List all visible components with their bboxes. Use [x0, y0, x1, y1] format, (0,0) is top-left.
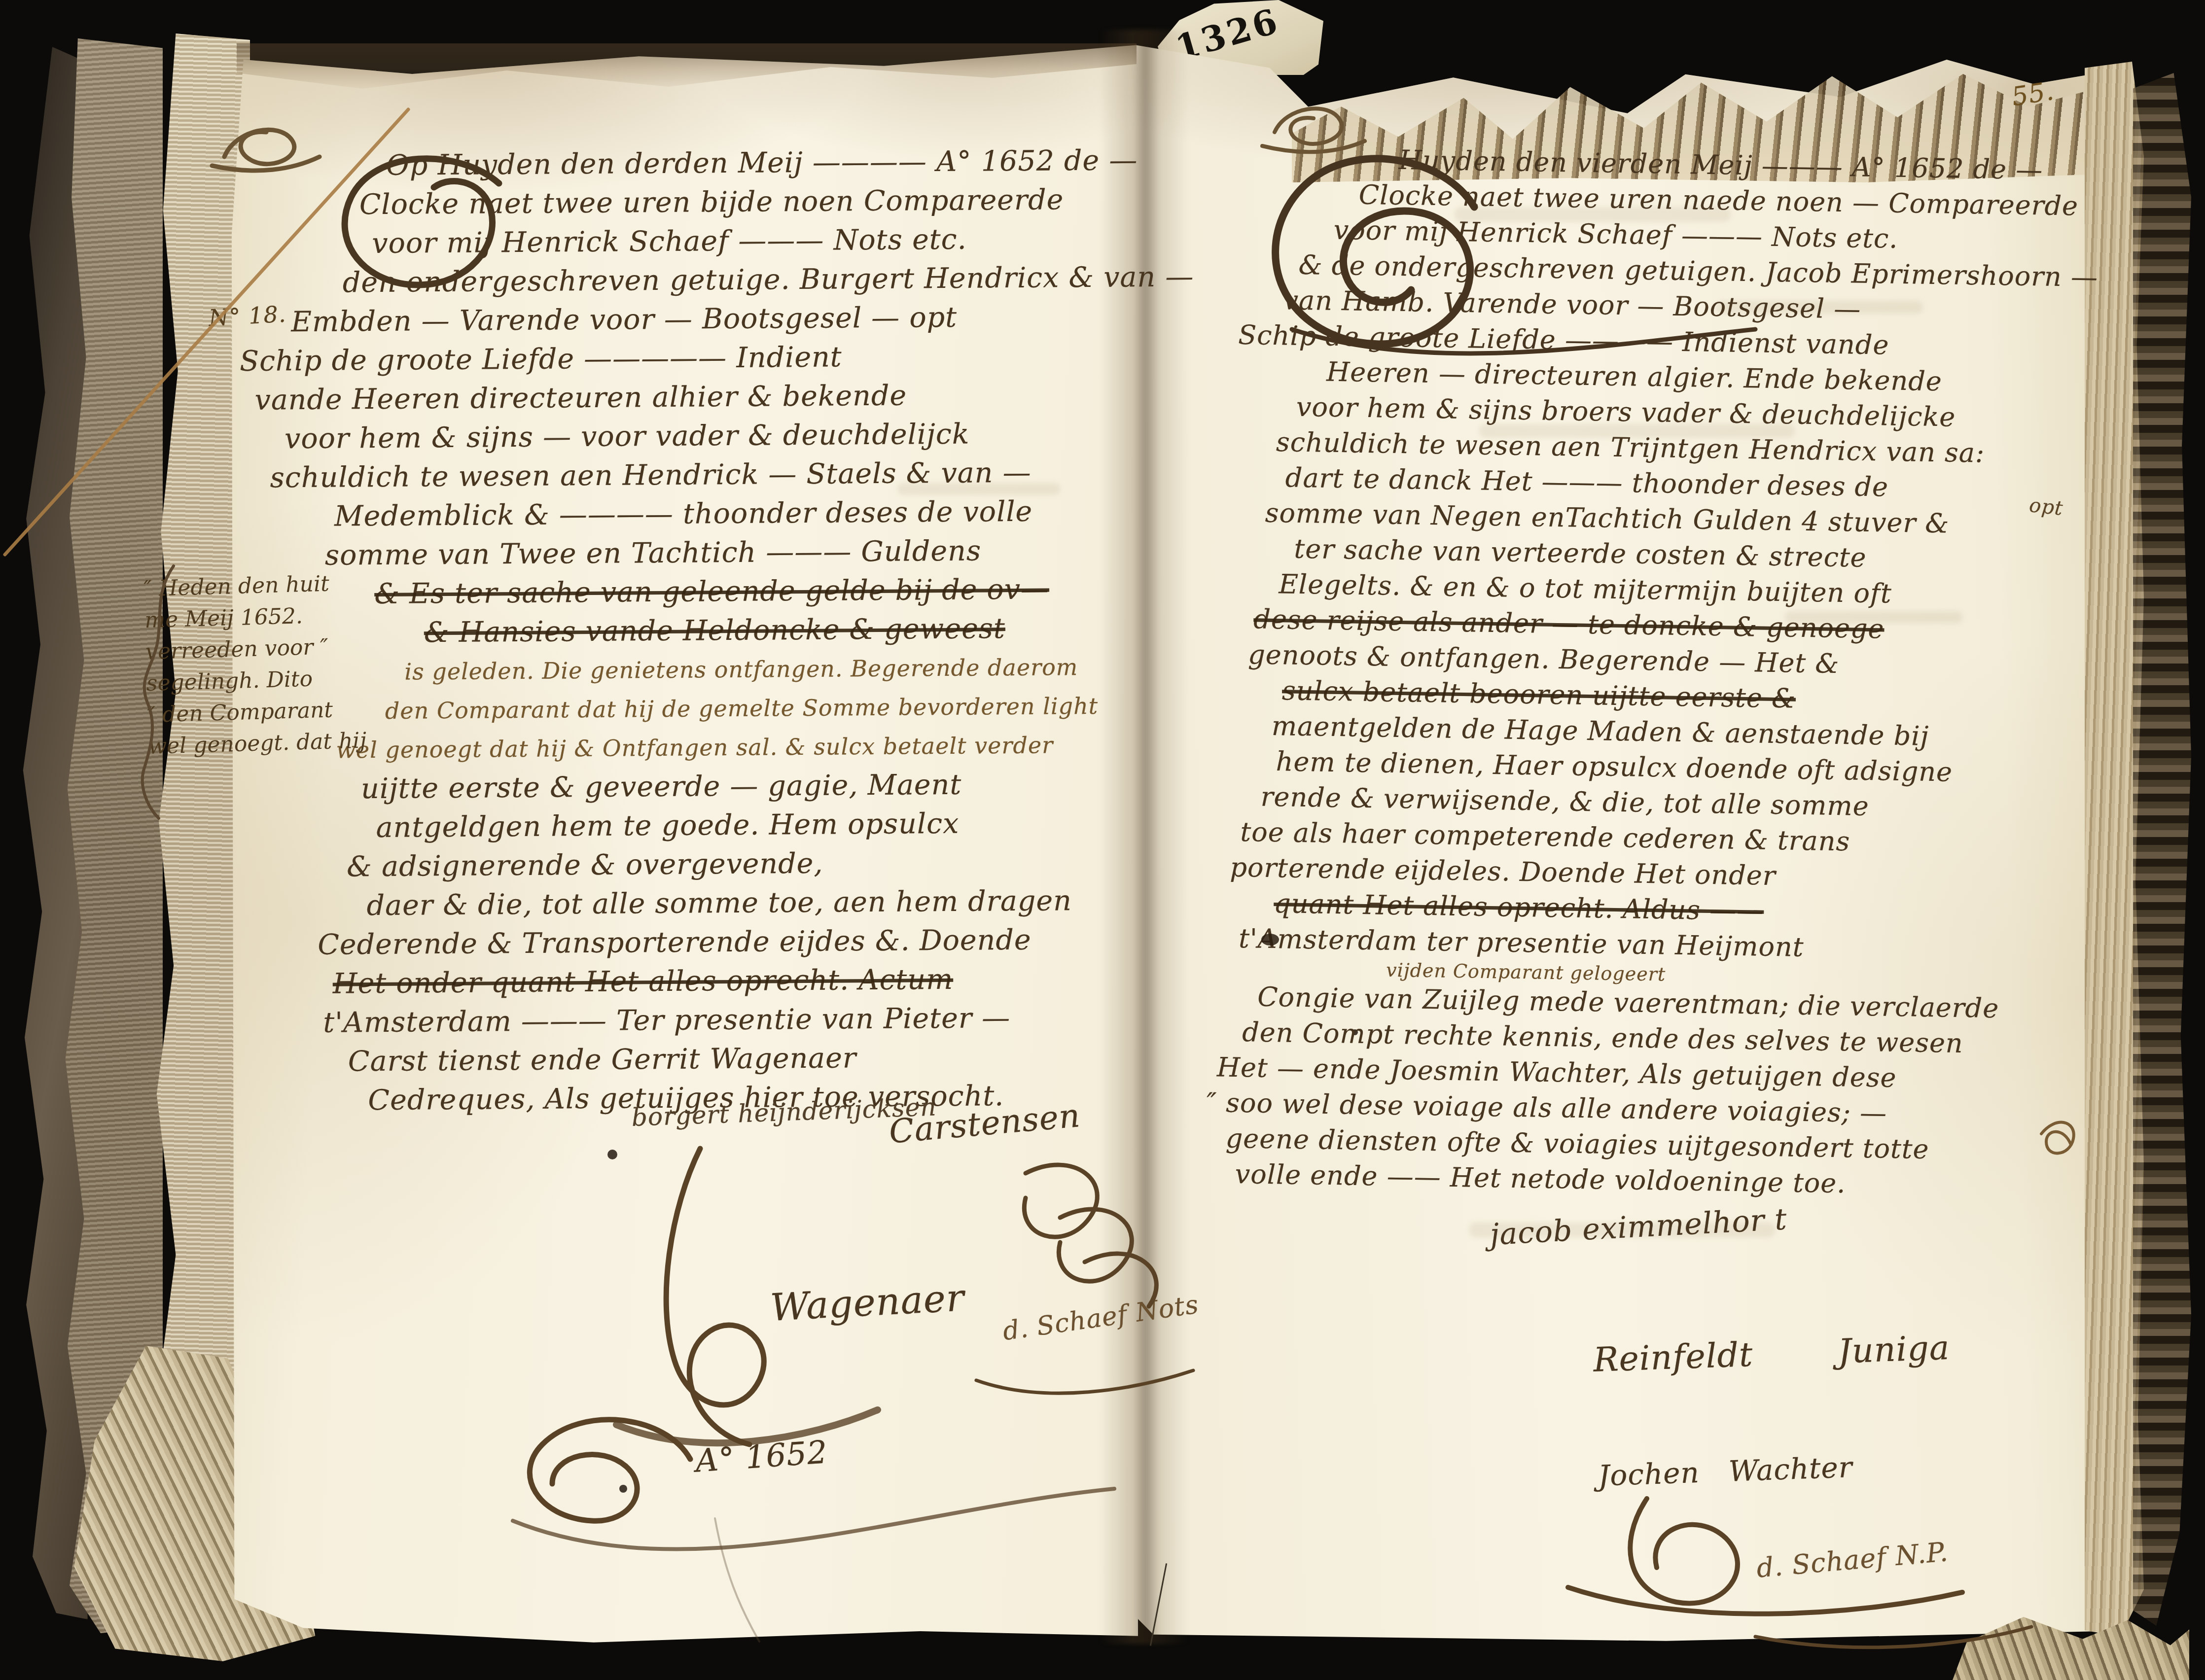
- ink-dot: [607, 1150, 617, 1159]
- manuscript-line: den ondergeschreven getuige. Burgert Hen…: [343, 258, 1142, 302]
- act-number: N° 18.: [208, 301, 287, 331]
- manuscript-line: Schip de groote Liefde ————— Indient: [240, 336, 1142, 381]
- manuscript-line: wel genoegt dat hij & Ontfangen sal. & s…: [336, 725, 1145, 770]
- manuscript-line: Op Huyden den derden Meij ———— A° 1652 d…: [386, 141, 1141, 185]
- margin-note-line: ″ den Comparant: [147, 695, 325, 731]
- left-margin-note: ″ Heden den huit me Meij 1652. verreeden…: [143, 568, 326, 763]
- margin-note-line: me Meij 1652.: [144, 600, 322, 636]
- manuscript-line: daer & die, tot alle somme toe, aen hem …: [366, 881, 1146, 925]
- book-right-edge-outer: [2133, 73, 2191, 1626]
- ink-dot: [619, 1485, 627, 1493]
- photographed-manuscript-book: 1326 55. N° 18. opt Op Huyden den derden…: [0, 0, 2205, 1680]
- margin-note-line: segelingh. Dito: [146, 663, 324, 700]
- left-page-text-block: Op Huyden den derden Meij ———— A° 1652 d…: [312, 141, 1147, 1143]
- manuscript-line: voor mij Henrick Schaef ——— Nots etc.: [372, 219, 1141, 263]
- manuscript-line-struck: Het onder quant Het alles oprecht. Actum: [333, 959, 1147, 1004]
- manuscript-line: Medemblick & ———— thoonder deses de voll…: [334, 491, 1143, 536]
- right-page-text-block: Huyden den vierden Meij ——— A° 1652 de —…: [1254, 140, 2109, 1253]
- manuscript-line: antgeldgen hem te goede. Hem opsulcx: [376, 803, 1145, 847]
- manuscript-line: Carst tienst ende Gerrit Wagenaer: [348, 1037, 1147, 1081]
- manuscript-line: vande Heeren directeuren alhier & bekend…: [254, 375, 1142, 420]
- manuscript-line: t'Amsterdam ——— Ter presentie van Pieter…: [323, 998, 1147, 1043]
- manuscript-line: Embden — Varende voor — Bootsgesel — opt: [291, 297, 1142, 342]
- manuscript-line: voor hem & sijns — voor vader & deuchdel…: [285, 414, 1143, 458]
- manuscript-line: is geleden. Die genietens ontfangen. Beg…: [404, 647, 1144, 691]
- manuscript-line: Clocke naet twee uren bijde noen Compare…: [359, 180, 1141, 224]
- manuscript-line: Cederende & Transporterende eijdes &. Do…: [318, 920, 1146, 965]
- manuscript-line: & adsignerende & overgevende,: [347, 842, 1146, 886]
- manuscript-line: somme van Twee en Tachtich ——— Guldens: [324, 530, 1143, 575]
- manuscript-line-struck: & Es ter sache van geleende gelde bij de…: [374, 569, 1144, 614]
- margin-note-line: verreeden voor ″: [145, 631, 323, 668]
- manuscript-line: den Comparant dat hij de gemelte Somme b…: [385, 686, 1145, 731]
- margin-note-line: ″ Heden den huit: [143, 568, 322, 605]
- manuscript-line: schuldich te wesen aen Hendrick — Staels…: [270, 453, 1143, 497]
- manuscript-line: uijtte eerste & geveerde — gagie, Maent: [361, 764, 1145, 808]
- manuscript-line-struck: & Hansies vande Heldoncke & geweest: [424, 608, 1144, 652]
- margin-note-line: wel genoegt. dat hij: [148, 726, 326, 763]
